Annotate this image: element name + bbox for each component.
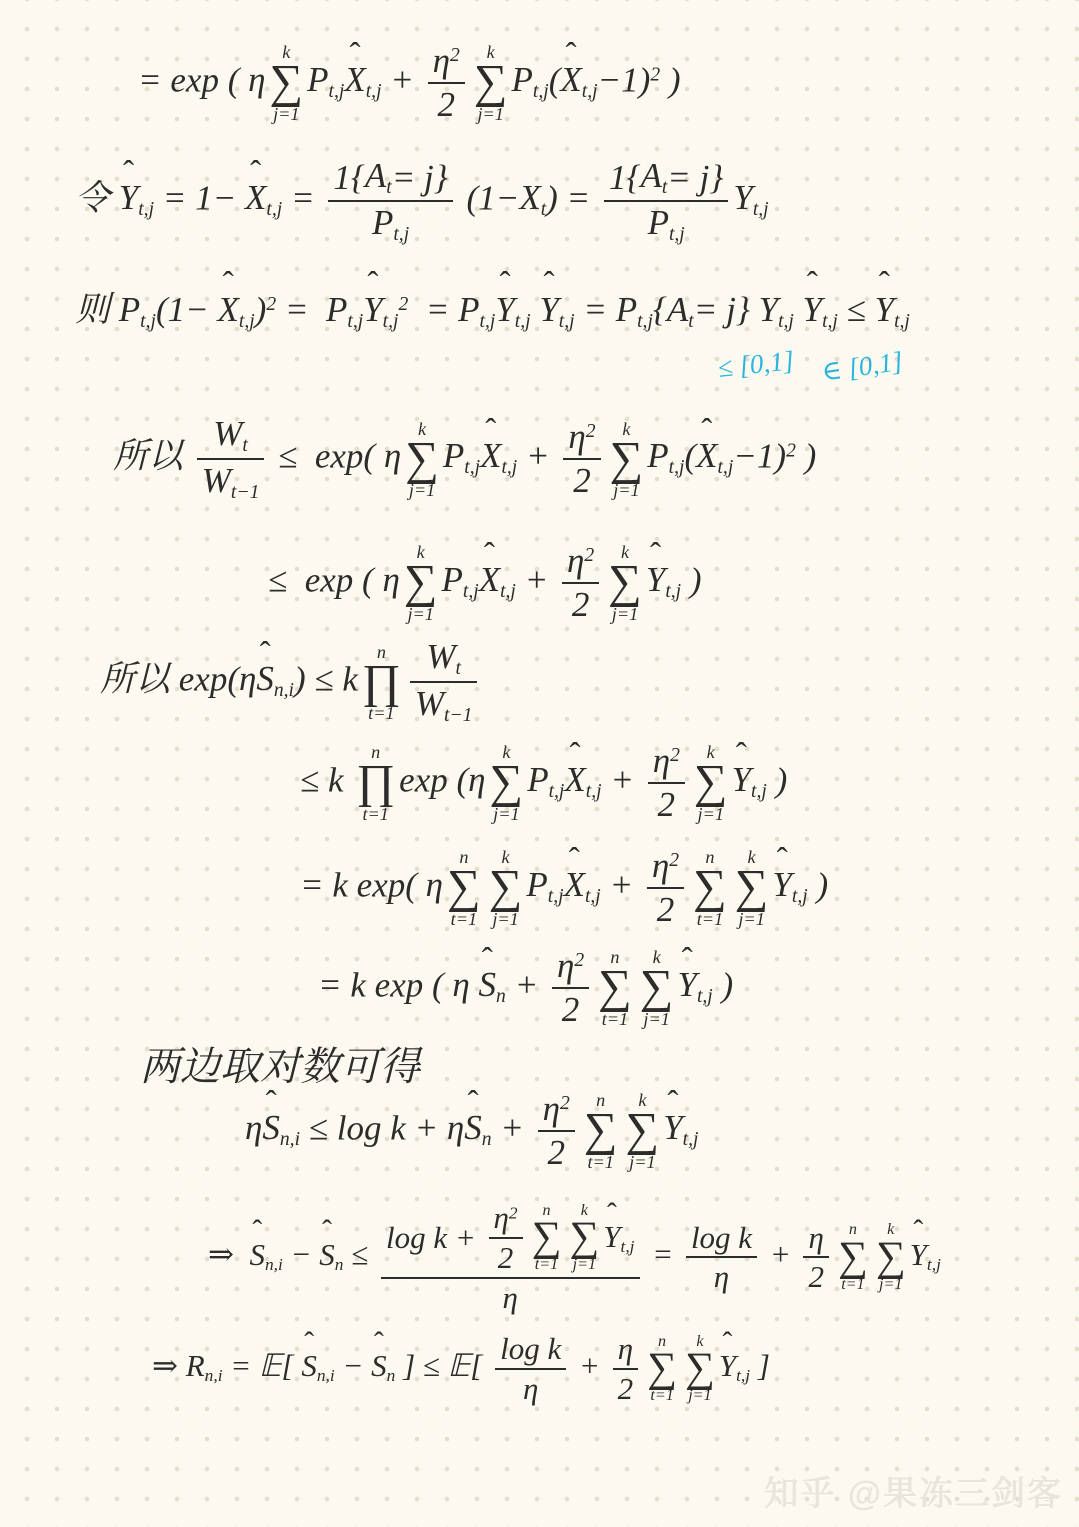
ineq-product-exp: ≤ k n∏t=1exp (ηk∑j=1Pt,jXˆt,j + η22k∑j=1… [300, 740, 787, 827]
ineq-weight-ratio: 所以 WtWt−1 ≤ exp( ηk∑j=1Pt,jXˆt,j + η22k∑… [113, 413, 816, 506]
annotation-range-1: ≤ [0,1] [716, 344, 795, 386]
eq-k-exp-sn: = k exp ( η Sˆn + η22n∑t=1k∑j=1Yˆt,j ) [318, 945, 733, 1032]
notebook-page: 知乎 @果冻三剑客 = exp ( ηk∑j=1Pt,jXˆt,j + η22k… [0, 0, 1079, 1527]
eq-p-yhat-bound: 则 Pt,j(1− Xˆt,j)2 = Pt,jYˆt,j2 = Pt,jYˆt… [75, 288, 910, 334]
ineq-weight-ratio-simplified: ≤ exp ( ηk∑j=1Pt,jXˆt,j + η22k∑j=1Yˆt,j … [268, 540, 702, 627]
ineq-regret-expectation: ⇒ Rn,i = 𝔼[ Sˆn,i − Sˆn ] ≤ 𝔼[ log kη + … [152, 1330, 770, 1407]
ineq-log-both-sides: ηSˆn,i ≤ log k + ηSˆn + η22n∑t=1k∑j=1Yˆt… [245, 1088, 698, 1175]
watermark: 知乎 @果冻三剑客 [764, 1466, 1063, 1515]
ineq-regret-split: ⇒ Sˆn,i − Sˆn ≤ log k + η22n∑t=1k∑j=1Yˆt… [208, 1198, 941, 1317]
def-y-hat: 令 Yˆt,j = 1− Xˆt,j = 1{At= j}Pt,j (1−Xt)… [75, 155, 769, 248]
annotation-range-2: ∈ [0,1] [820, 345, 905, 390]
eq-k-exp-double-sum: = k exp( ηn∑t=1k∑j=1Pt,jXˆt,j + η22n∑t=1… [300, 845, 828, 932]
ineq-exp-s-product: 所以 exp(ηSˆn,i) ≤ kn∏t=1WtWt−1 [100, 636, 482, 729]
eq-exp-expansion: = exp ( ηk∑j=1Pt,jXˆt,j + η22k∑j=1Pt,j(X… [138, 40, 681, 127]
note-take-log: 两边取对数可得 [140, 1042, 420, 1092]
